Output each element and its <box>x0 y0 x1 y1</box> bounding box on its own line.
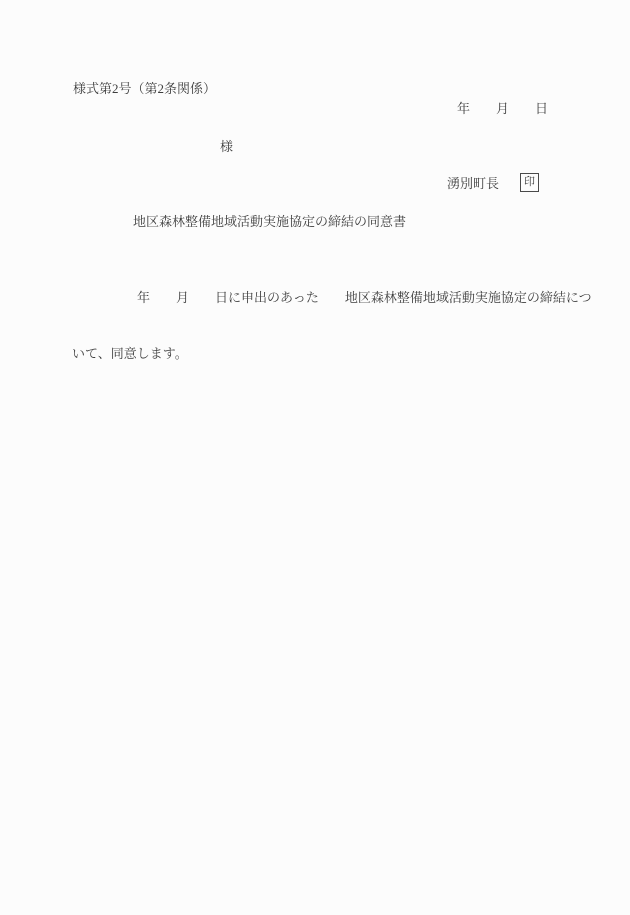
addressee-honorific: 様 <box>220 140 233 155</box>
date-line: 年 月 日 <box>457 102 548 117</box>
body-paragraph: 年 月 日に申出のあった 地区森林整備地域活動実施協定の締結につ いて、同意しま… <box>72 252 572 400</box>
seal-label: 印 <box>524 177 535 188</box>
document-page: 様式第2号（第2条関係） 年 月 日 様 湧別町長 印 地区森林整備地域活動実施… <box>0 0 630 915</box>
document-title: 地区森林整備地域活動実施協定の締結の同意書 <box>133 215 406 230</box>
body-line-1: 年 月 日に申出のあった 地区森林整備地域活動実施協定の締結につ <box>137 289 572 308</box>
seal-box: 印 <box>520 173 539 192</box>
body-line-2: いて、同意します。 <box>72 345 572 364</box>
signer-title: 湧別町長 <box>447 173 499 192</box>
form-number: 様式第2号（第2条関係） <box>73 82 216 97</box>
signer-row: 湧別町長 印 <box>447 173 539 192</box>
